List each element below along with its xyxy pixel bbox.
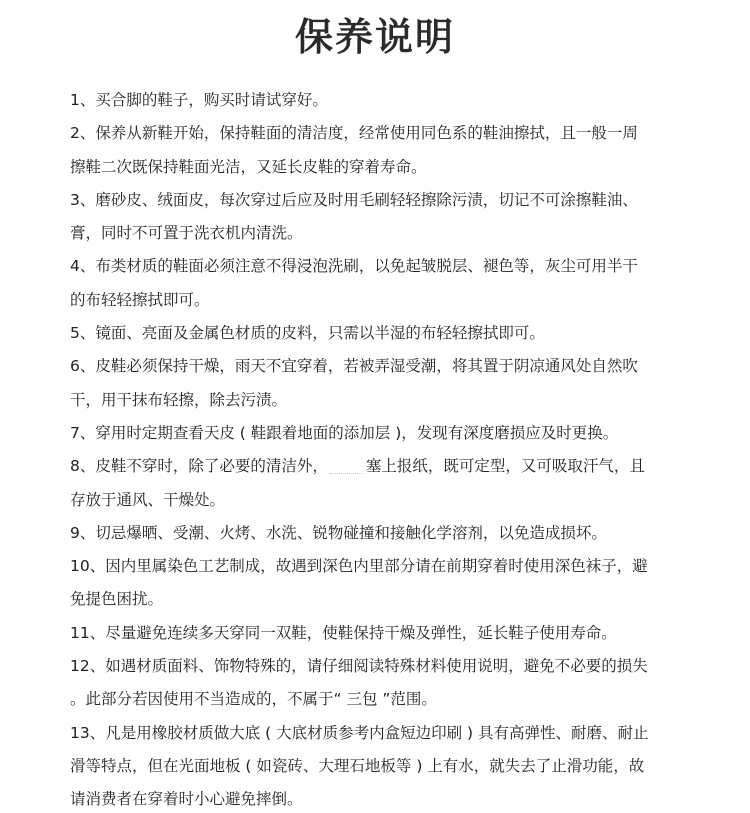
item-10-line-1: 10、因内里属染色工艺制成，故遇到深色内里部分请在前期穿着时使用深色袜子，避: [70, 550, 690, 583]
item-13-line-2: 滑等特点，但在光面地板 ( 如瓷砖、大理石地板等 ) 上有水，就失去了止滑功能，…: [70, 750, 690, 783]
instructions-list: 1、买合脚的鞋子，购买时请试穿好。 2、保养从新鞋开始，保持鞋面的清洁度，经常使…: [70, 84, 690, 813]
item-13-line-3: 请消费者在穿着时小心避免摔倒。: [70, 783, 690, 813]
item-4-line-2: 的布轻轻擦拭即可。: [70, 284, 690, 317]
item-12-line-2: 。此部分若因使用不当造成的，不属于“ 三包 ”范围。: [70, 683, 690, 716]
item-12-line-1: 12、如遇材质面料、饰物特殊的，请仔细阅读特殊材料使用说明，避免不必要的损失: [70, 650, 690, 683]
item-5-line-1: 5、镜面、亮面及金属色材质的皮料，只需以半湿的布轻轻擦拭即可。: [70, 317, 690, 350]
item-6-line-2: 干，用干抹布轻擦，除去污渍。: [70, 384, 690, 417]
page-title: 保养说明: [0, 12, 750, 62]
item-3-line-2: 膏，同时不可置于洗衣机内清洗。: [70, 217, 690, 250]
item-6-line-1: 6、皮鞋必须保持干燥，雨天不宜穿着，若被弄湿受潮，将其置于阴凉通风处自然吹: [70, 350, 690, 383]
blanked-text-gap: [330, 459, 364, 474]
item-9-line-1: 9、切忌爆晒、受潮、火烤、水洗、锐物碰撞和接触化学溶剂，以免造成损坏。: [70, 517, 690, 550]
item-8-line-1: 8、皮鞋不穿时，除了必要的清洁外，塞上报纸，既可定型，又可吸取汗气，且: [70, 450, 690, 483]
item-4-line-1: 4、布类材质的鞋面必须注意不得浸泡洗刷，以免起皱脱层、褪色等，灰尘可用半干: [70, 250, 690, 283]
item-13-line-1: 13、凡是用橡胶材质做大底 ( 大底材质参考内盒短边印刷 ) 具有高弹性、耐磨、…: [70, 717, 690, 750]
item-10-line-2: 免提色困扰。: [70, 583, 690, 616]
item-11-line-1: 11、尽量避免连续多天穿同一双鞋，使鞋保持干燥及弹性，延长鞋子使用寿命。: [70, 617, 690, 650]
care-instructions-page: 保养说明 1、买合脚的鞋子，购买时请试穿好。 2、保养从新鞋开始，保持鞋面的清洁…: [0, 0, 750, 813]
item-7-line-1: 7、穿用时定期查看天皮 ( 鞋跟着地面的添加层 )，发现有深度磨损应及时更换。: [70, 417, 690, 450]
item-8-text-after-blank: 塞上报纸，既可定型，又可吸取汗气，且: [366, 457, 645, 475]
item-8-text-before-blank: 8、皮鞋不穿时，除了必要的清洁外，: [70, 457, 328, 475]
item-8-line-2: 存放于通风、干燥处。: [70, 484, 690, 517]
item-1-line-1: 1、买合脚的鞋子，购买时请试穿好。: [70, 84, 690, 117]
item-2-line-1: 2、保养从新鞋开始，保持鞋面的清洁度，经常使用同色系的鞋油擦拭，且一般一周: [70, 117, 690, 150]
item-3-line-1: 3、磨砂皮、绒面皮，每次穿过后应及时用毛刷轻轻擦除污渍，切记不可涂擦鞋油、: [70, 184, 690, 217]
item-2-line-2: 擦鞋二次既保持鞋面光洁，又延长皮鞋的穿着寿命。: [70, 151, 690, 184]
